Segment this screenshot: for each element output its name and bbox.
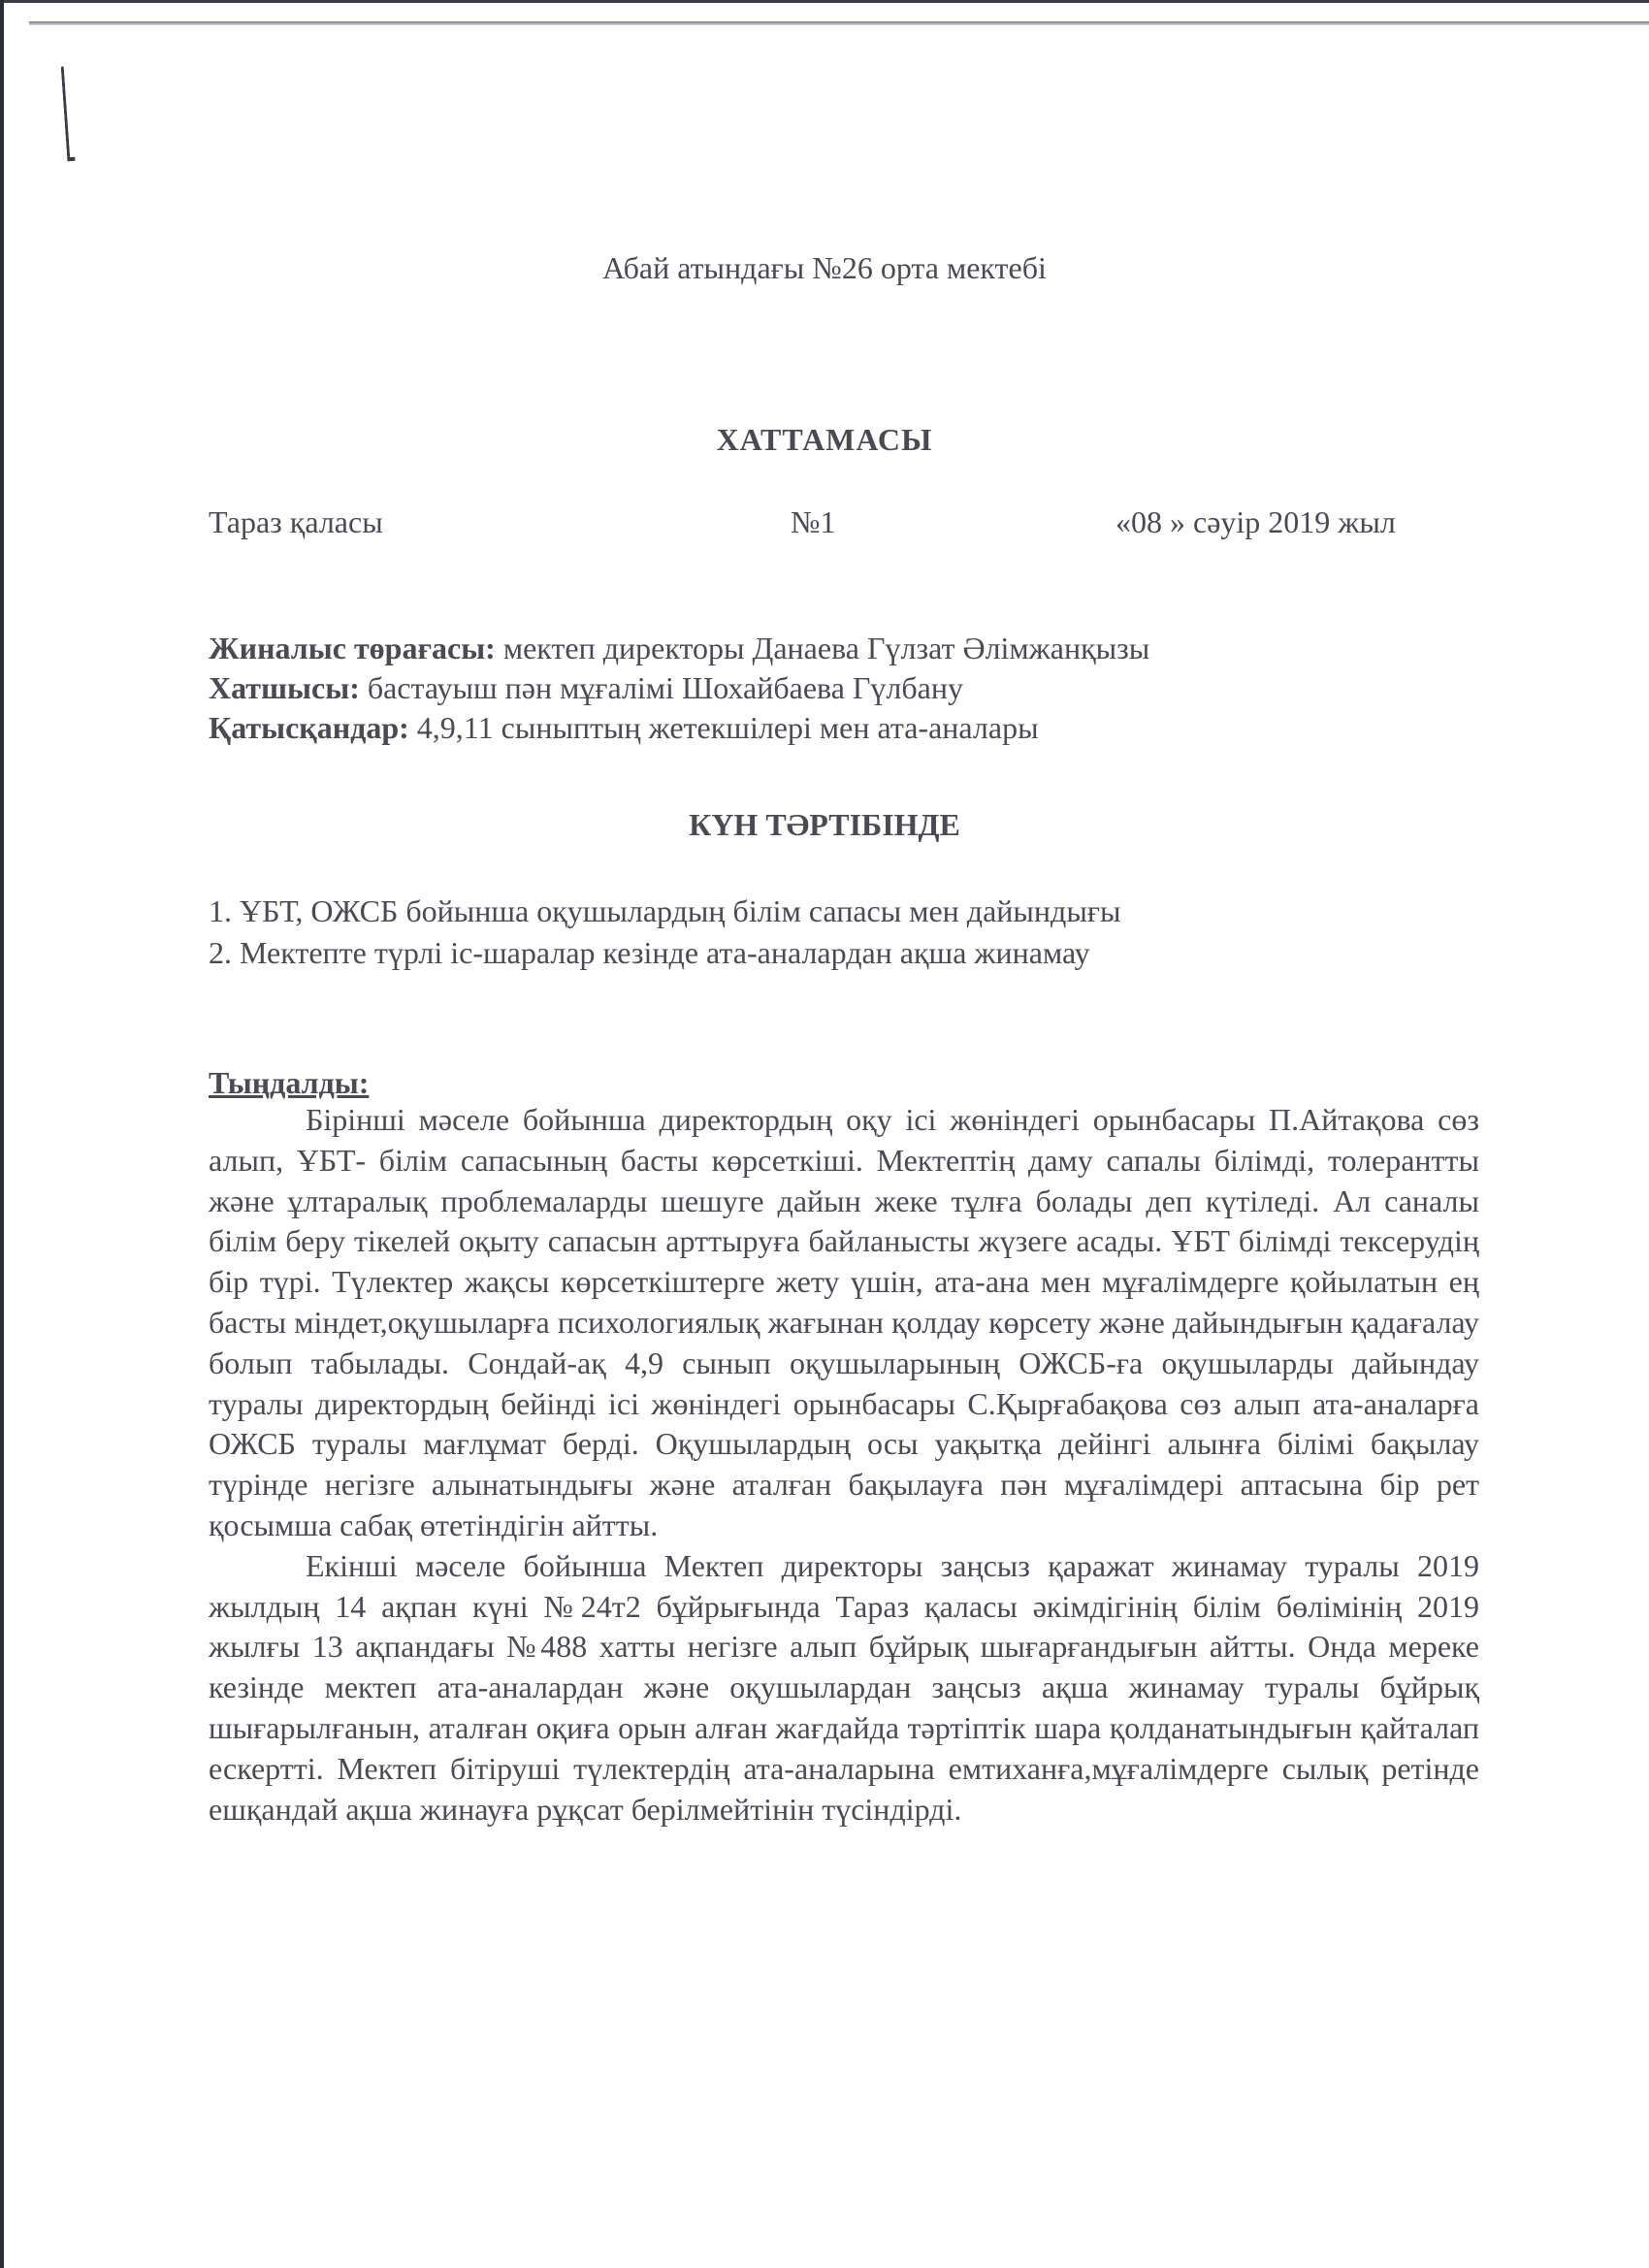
page-top-edge [29,21,1649,25]
paragraph: Екінші мәселе бойынша Мектеп директоры з… [209,1546,1479,1831]
scan-border-top [0,0,1649,3]
attendees-value: 4,9,11 сыныптың жетекшілері мен ата-анал… [409,710,1039,745]
protocol-number: №1 [791,504,836,540]
chairman-label: Жиналыс төрағасы: [209,631,496,665]
attendees-line: Қатысқандар: 4,9,11 сыныптың жетекшілері… [209,708,1149,748]
agenda-item: 1. ҰБТ, ОЖСБ бойынша оқушылардың білім с… [209,891,1120,932]
participants-block: Жиналыс төрағасы: мектеп директоры Данае… [209,629,1149,748]
secretary-line: Хатшысы: бастауыш пән мұғалімі Шохайбаев… [209,668,1149,708]
city: Тараз қаласы [209,504,383,540]
scan-border-left [0,0,4,2268]
heard-body: Бірінші мәселе бойынша директордың оқу і… [209,1100,1479,1830]
attendees-label: Қатысқандар: [209,710,409,745]
heard-heading: Тыңдалды: [209,1065,369,1101]
chairman-line: Жиналыс төрағасы: мектеп директоры Данае… [209,629,1149,668]
protocol-date: «08 » сәуір 2019 жыл [1115,504,1396,540]
document-title: ХАТТАМАСЫ [0,422,1649,458]
chairman-value: мектеп директоры Данаева Гүлзат Әлімжанқ… [496,631,1149,665]
agenda-title: КҮН ТӘРТІБІНДЕ [0,807,1649,843]
secretary-label: Хатшысы: [209,670,360,705]
paragraph: Бірінші мәселе бойынша директордың оқу і… [209,1100,1479,1546]
school-name: Абай атындағы №26 орта мектебі [0,250,1649,286]
staple-mark-icon [61,66,81,160]
secretary-value: бастауыш пән мұғалімі Шохайбаева Гүлбану [360,670,963,705]
agenda-item: 2. Мектепте түрлі іс-шаралар кезінде ата… [209,932,1120,974]
agenda-list: 1. ҰБТ, ОЖСБ бойынша оқушылардың білім с… [209,891,1120,974]
